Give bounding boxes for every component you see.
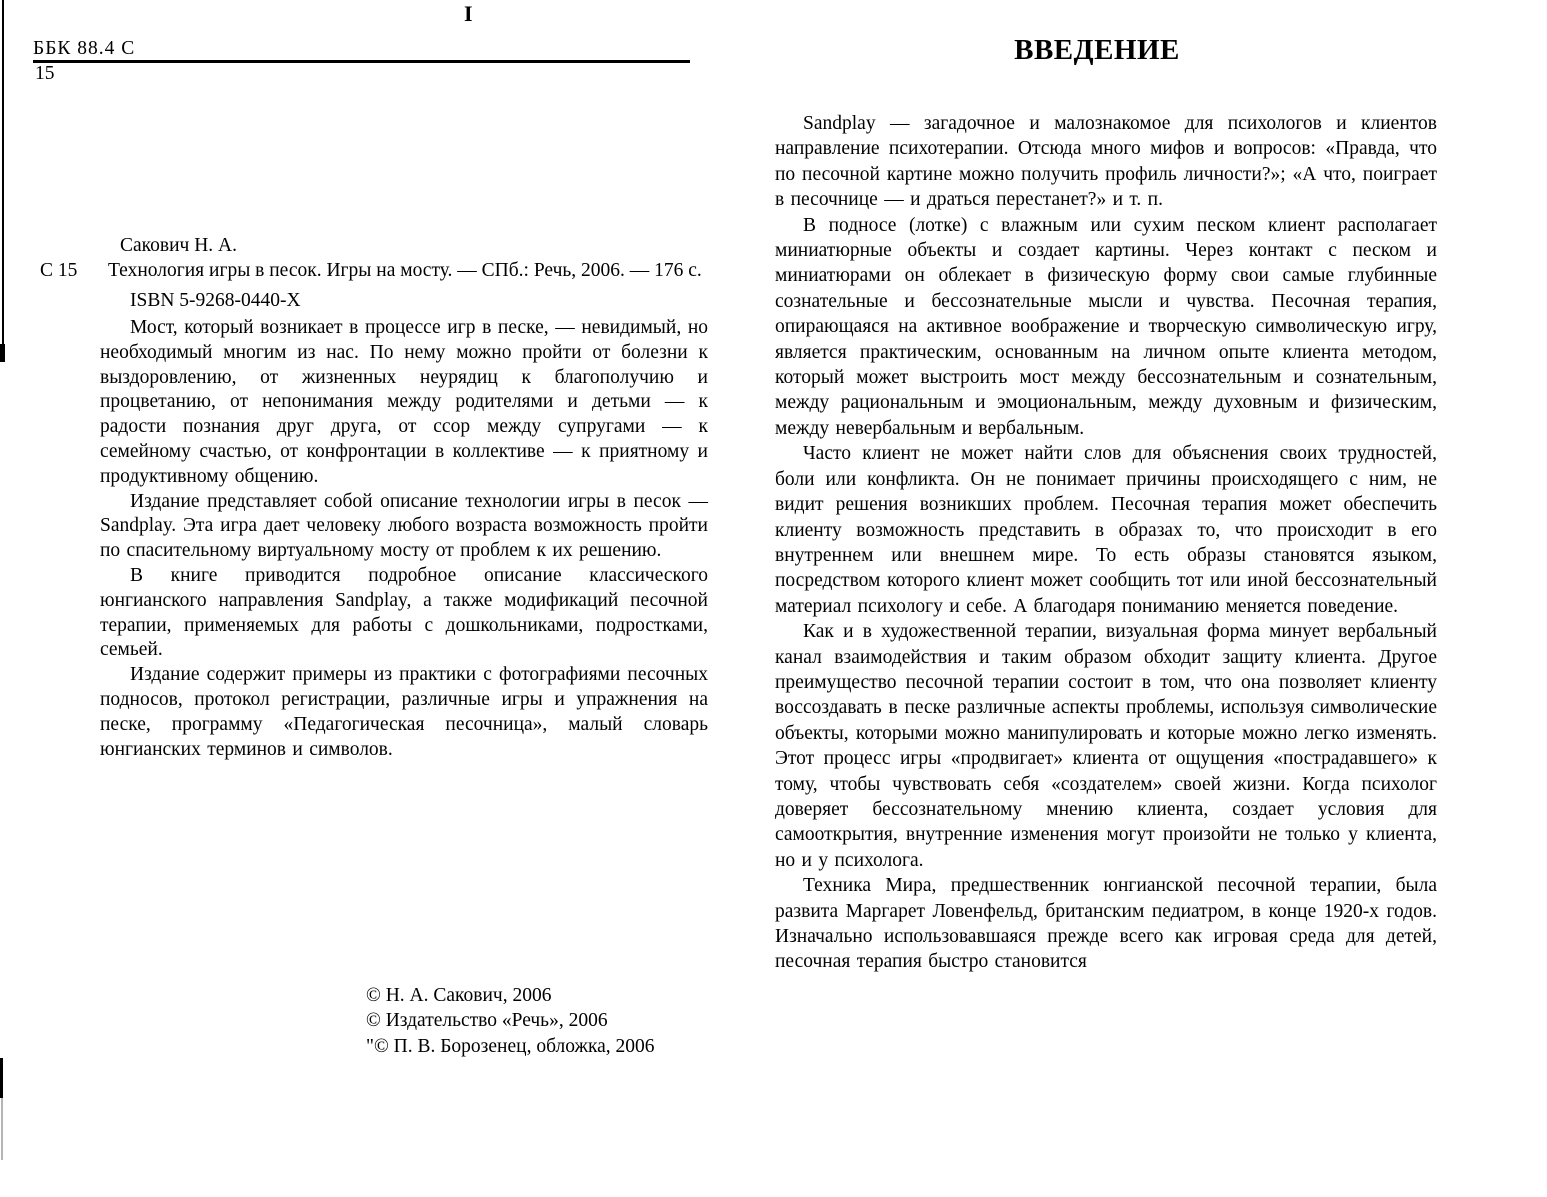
book-spread-scan: { "left_page": { "page_marker": "I", "he… [0,0,1547,1197]
annotation-paragraph: Издание содержит примеры из практики с ф… [100,663,708,762]
page-edge-line-faint [1,1098,3,1160]
copyright-line: "© П. В. Борозенец, обложка, 2006 [366,1034,655,1059]
introduction-text: Sandplay — загадочное и малознакомое для… [775,111,1437,975]
bbk-code: ББК 88.4 С [33,38,135,60]
page-marker: I [464,1,473,27]
catalog-index: С 15 [40,260,77,282]
bbk-number: 15 [35,63,55,85]
page-edge-line-top [2,0,4,350]
intro-paragraph: Как и в художественной терапии, визуальн… [775,619,1437,873]
intro-paragraph: Sandplay — загадочное и малознакомое для… [775,111,1437,213]
author-name: Сакович Н. А. [120,235,237,257]
annotation-block: Мост, который возникает в процессе игр в… [100,316,708,762]
annotation-paragraph: В книге приводится подробное описание кл… [100,564,708,663]
annotation-paragraph: Мост, который возникает в процессе игр в… [100,316,708,490]
isbn: ISBN 5-9268-0440-X [130,290,301,312]
annotation-paragraph: Издание представляет собой описание техн… [100,490,708,564]
page-edge-line-bottom [0,1058,3,1098]
bibliographic-entry: Технология игры в песок. Игры на мосту. … [108,260,702,282]
intro-paragraph: Техника Мира, предшественник юнгианской … [775,873,1437,975]
copyright-block: © Н. А. Сакович, 2006 © Издательство «Ре… [366,983,655,1059]
copyright-line: © Н. А. Сакович, 2006 [366,983,655,1008]
page-edge-line-nub [0,344,5,362]
chapter-title: ВВЕДЕНИЕ [772,34,1422,67]
header-rule [33,60,690,63]
copyright-line: © Издательство «Речь», 2006 [366,1008,655,1033]
intro-paragraph: Часто клиент не может найти слов для объ… [775,441,1437,619]
intro-paragraph: В подносе (лотке) с влажным или сухим пе… [775,213,1437,442]
